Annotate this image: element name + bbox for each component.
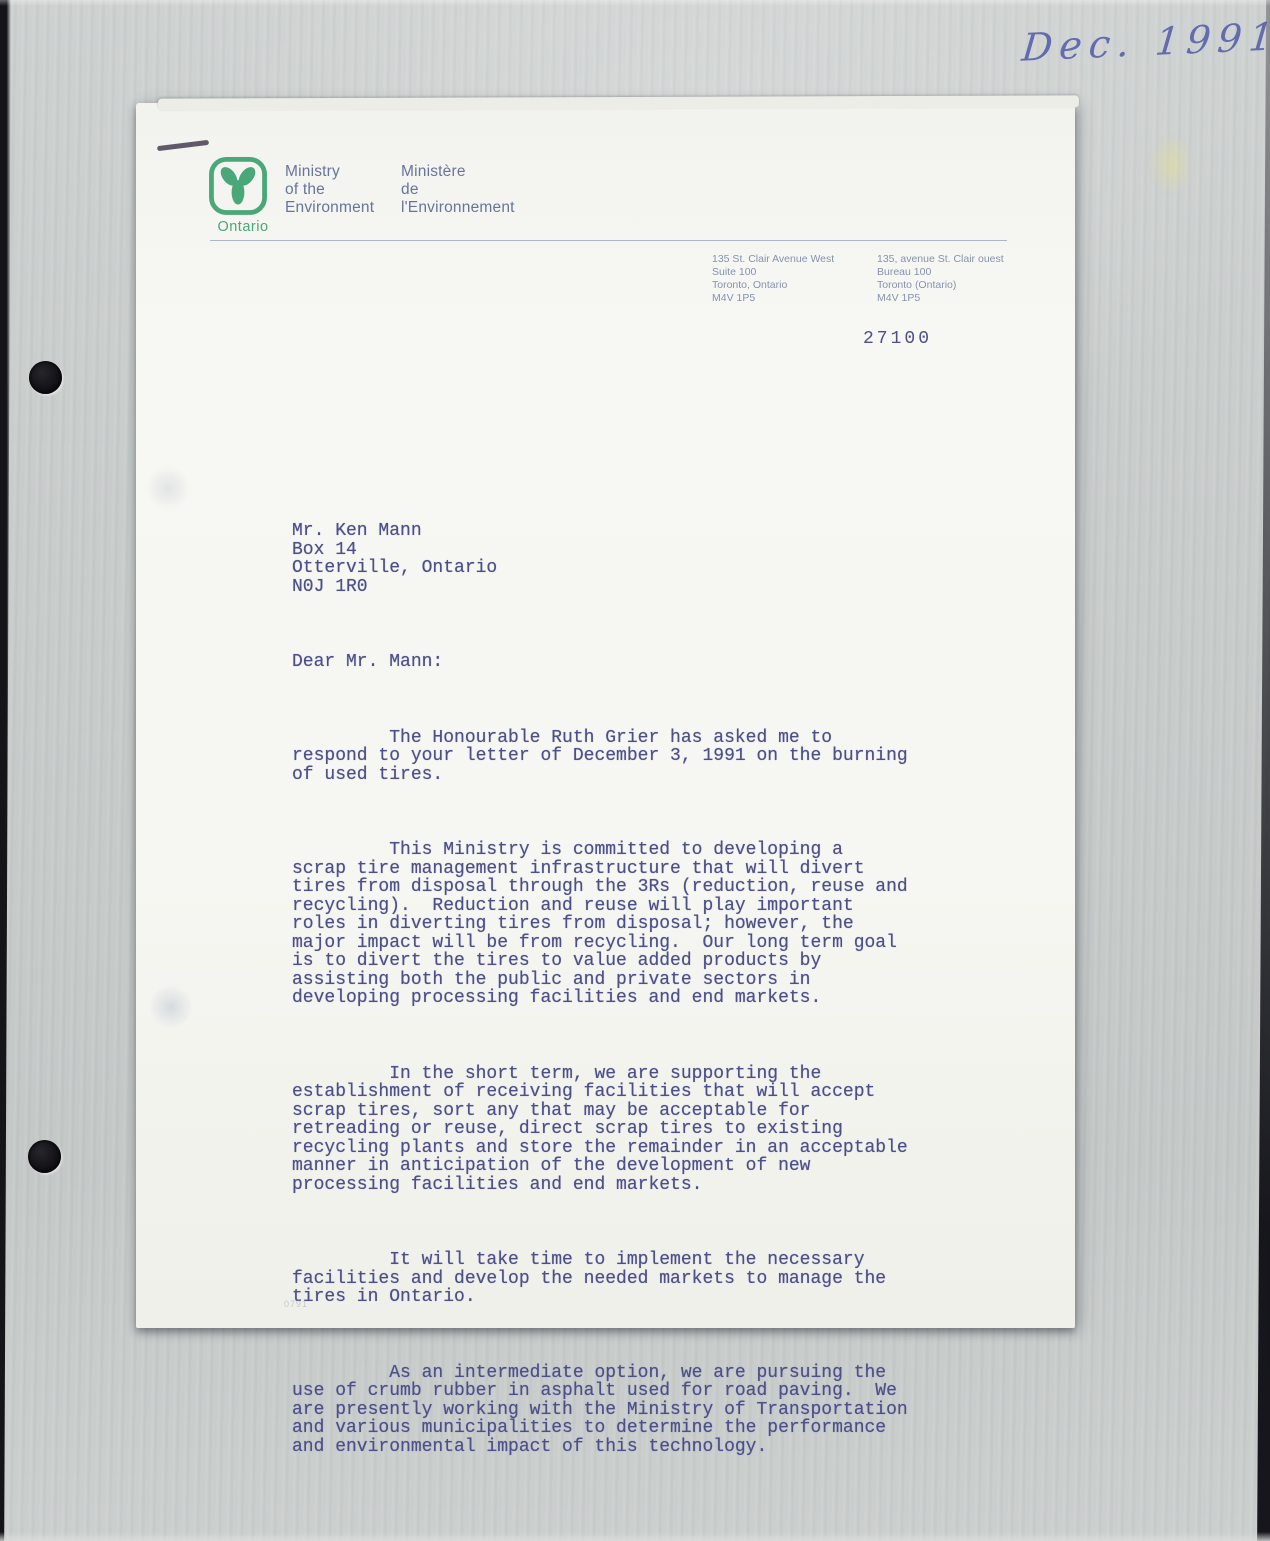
body-paragraph: The Honourable Ruth Grier has asked me t… (292, 729, 908, 785)
letter-body: Mr. Ken Mann Box 14 Otterville, Ontario … (292, 485, 908, 1513)
hole-punch-top (29, 361, 62, 394)
letter-paper: Ontario Ministry of the Environment Mini… (136, 103, 1075, 1328)
handwritten-date: Dec. 1991 (1020, 14, 1270, 69)
file-number: 27100 (863, 329, 932, 349)
scanner-edge-left (0, 0, 11, 1541)
trillium-icon (204, 156, 282, 218)
recipient-address: Mr. Ken Mann Box 14 Otterville, Ontario … (292, 522, 908, 596)
scanner-edge-top (0, 0, 1270, 6)
body-paragraph: In the short term, we are supporting the… (292, 1065, 908, 1195)
body-paragraph: It will take time to implement the neces… (292, 1251, 908, 1307)
office-address-french: 135, avenue St. Clair ouest Bureau 100 T… (877, 253, 1004, 305)
scanned-letter-page: Dec. 1991 Ontario Ministry of the Enviro… (0, 0, 1270, 1541)
ministry-name-english: Ministry of the Environment (285, 163, 374, 217)
letterhead-rule (210, 240, 1007, 241)
scanner-edge-right (1256, 0, 1270, 1541)
salutation: Dear Mr. Mann: (292, 653, 908, 672)
office-address-english: 135 St. Clair Avenue West Suite 100 Toro… (712, 253, 834, 305)
body-paragraph: This Ministry is committed to developing… (292, 841, 908, 1008)
ontario-logo: Ontario (204, 156, 282, 235)
pen-mark (157, 140, 209, 151)
paper-smudge (146, 465, 190, 511)
scanner-stain (1148, 138, 1194, 196)
paper-smudge (150, 983, 192, 1031)
scanner-edge-bottom (0, 1532, 1270, 1541)
hole-punch-bottom (28, 1140, 61, 1173)
body-paragraph: As an intermediate option, we are pursui… (292, 1364, 908, 1457)
faint-print-code: 0791 (284, 1299, 308, 1309)
ministry-name-french: Ministère de l'Environnement (401, 163, 515, 217)
logo-caption: Ontario (204, 219, 282, 235)
